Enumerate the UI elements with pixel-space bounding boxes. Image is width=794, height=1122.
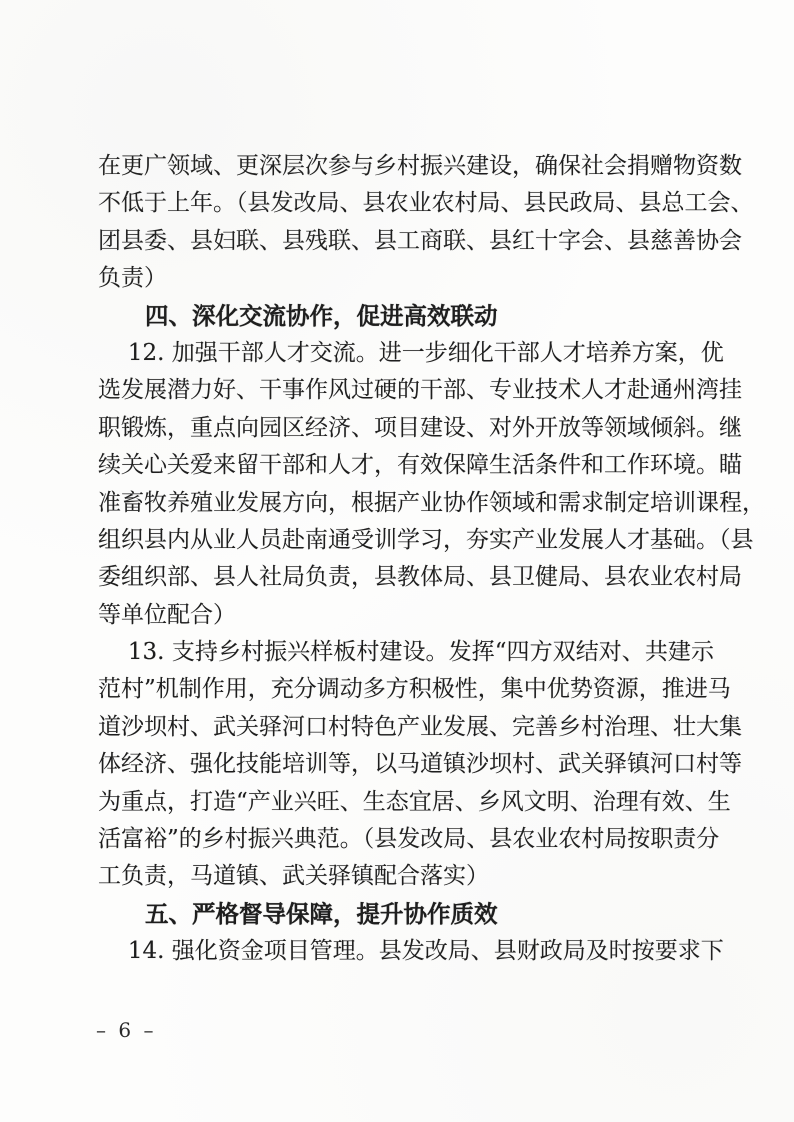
text-line: 道沙坝村、武关驿河口村特色产业发展、完善乡村治理、壮大集 [98,709,714,746]
text-line: 组织县内从业人员赴南通受训学习，夯实产业发展人才基础。（县 [98,522,714,559]
text-line: 体经济、强化技能培训等，以马道镇沙坝村、武关驿镇河口村等 [98,746,714,783]
text-line: 负责） [98,260,714,297]
document-page: 在更广领域、更深层次参与乡村振兴建设，确保社会捐赠物资数不低于上年。（县发改局、… [0,0,794,1122]
text-line: 12. 加强干部人才交流。进一步细化干部人才培养方案，优 [98,335,714,372]
text-line: 为重点，打造“产业兴旺、生态宜居、乡风文明、治理有效、生 [98,784,714,821]
text-line: 团县委、县妇联、县残联、县工商联、县红十字会、县慈善协会 [98,223,714,260]
section-heading: 四、深化交流协作，促进高效联动 [98,298,714,335]
section-heading: 五、严格督导保障，提升协作质效 [98,896,714,933]
text-line: 职锻炼，重点向园区经济、项目建设、对外开放等领域倾斜。继 [98,410,714,447]
text-line: 在更广领域、更深层次参与乡村振兴建设，确保社会捐赠物资数 [98,148,714,185]
text-line: 准畜牧养殖业发展方向，根据产业协作领域和需求制定培训课程， [98,485,714,522]
text-line: 等单位配合） [98,597,714,634]
text-line: 范村”机制作用，充分调动多方积极性，集中优势资源，推进马 [98,671,714,708]
text-line: 工负责，马道镇、武关驿镇配合落实） [98,858,714,895]
text-line: 活富裕”的乡村振兴典范。（县发改局、县农业农村局按职责分 [98,821,714,858]
text-line: 不低于上年。（县发改局、县农业农村局、县民政局、县总工会、 [98,185,714,222]
text-line: 14. 强化资金项目管理。县发改局、县财政局及时按要求下 [98,933,714,970]
text-line: 选发展潜力好、干事作风过硬的干部、专业技术人才赴通州湾挂 [98,372,714,409]
text-line: 委组织部、县人社局负责，县教体局、县卫健局、县农业农村局 [98,559,714,596]
page-number: – 6 – [96,1018,156,1042]
text-line: 续关心关爱来留干部和人才，有效保障生活条件和工作环境。瞄 [98,447,714,484]
text-line: 13. 支持乡村振兴样板村建设。发挥“四方双结对、共建示 [98,634,714,671]
document-body: 在更广领域、更深层次参与乡村振兴建设，确保社会捐赠物资数不低于上年。（县发改局、… [98,148,714,971]
